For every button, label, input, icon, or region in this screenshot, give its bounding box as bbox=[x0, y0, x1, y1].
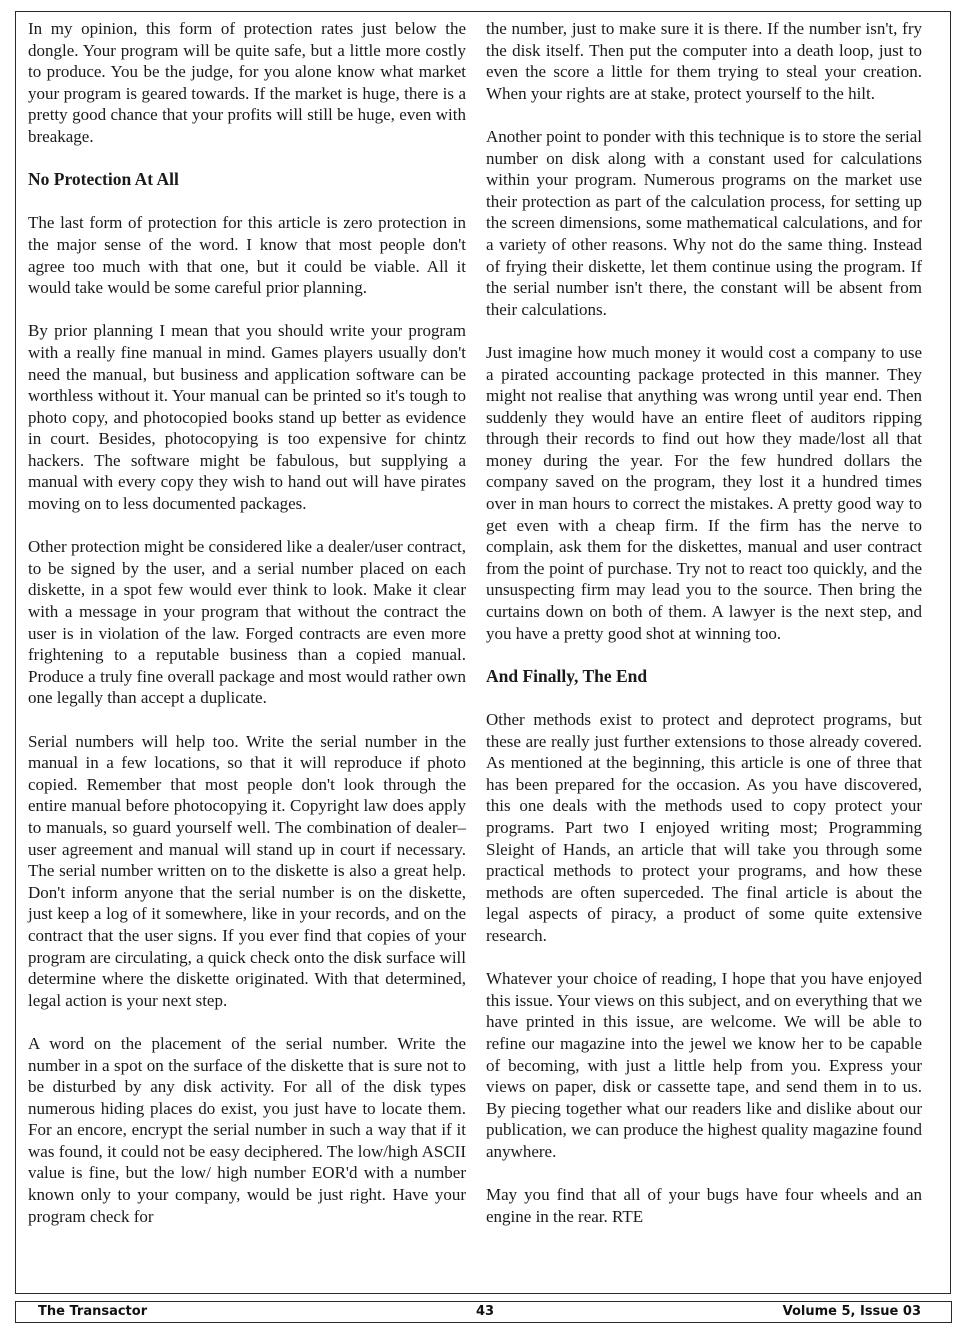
paragraph: May you find that all of your bugs have … bbox=[486, 1184, 922, 1227]
left-column: In my opinion, this form of protection r… bbox=[28, 18, 466, 1249]
issue-label: Volume 5, Issue 03 bbox=[783, 1302, 921, 1321]
paragraph: the number, just to make sure it is ther… bbox=[486, 18, 922, 104]
paragraph: By prior planning I mean that you should… bbox=[28, 320, 466, 514]
paragraph: In my opinion, this form of protection r… bbox=[28, 18, 466, 148]
paragraph: Whatever your choice of reading, I hope … bbox=[486, 968, 922, 1162]
publication-name: The Transactor bbox=[38, 1302, 147, 1321]
paragraph: Other protection might be considered lik… bbox=[28, 536, 466, 709]
paragraph: Another point to ponder with this techni… bbox=[486, 126, 922, 320]
paragraph: Just imagine how much money it would cos… bbox=[486, 342, 922, 644]
paragraph: A word on the placement of the serial nu… bbox=[28, 1033, 466, 1227]
section-heading-no-protection: No Protection At All bbox=[28, 169, 466, 191]
paragraph: Other methods exist to protect and depro… bbox=[486, 709, 922, 947]
paragraph: The last form of protection for this art… bbox=[28, 212, 466, 298]
right-column: the number, just to make sure it is ther… bbox=[486, 18, 922, 1249]
paragraph: Serial numbers will help too. Write the … bbox=[28, 731, 466, 1012]
page-footer: The Transactor 43 Volume 5, Issue 03 bbox=[15, 1301, 952, 1323]
page-number: 43 bbox=[476, 1302, 494, 1321]
section-heading-the-end: And Finally, The End bbox=[486, 666, 922, 688]
